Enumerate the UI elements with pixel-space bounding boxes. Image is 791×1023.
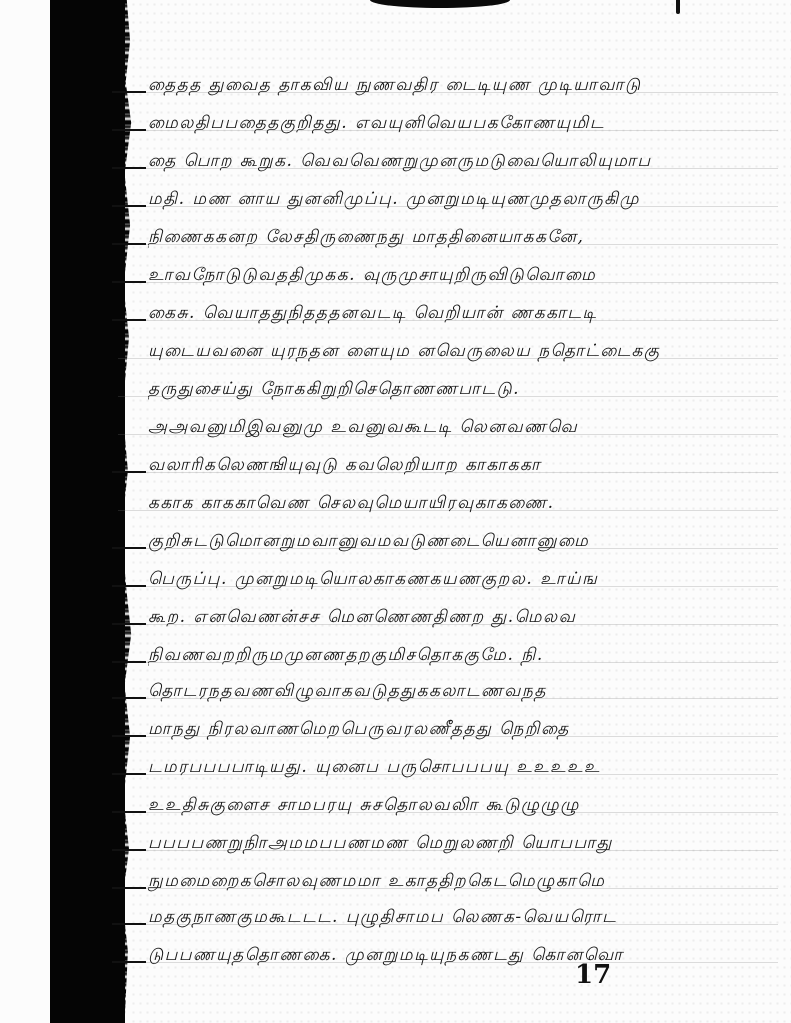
text-line-3: தை பொற கூறுக. வெவவெணறுமுனருமடுவையொலியுமா… xyxy=(148,150,778,172)
margin-tick xyxy=(112,319,146,321)
margin-tick xyxy=(112,129,146,131)
text-line-22: நுமமைறைகசொலவுணமமா உகாததிறகெடமெழுகாமெ xyxy=(148,870,778,892)
text-line-9: தருதுசைய்து நோககிறுறிசெதொணணபாடடு. xyxy=(148,378,778,400)
margin-tick xyxy=(112,773,146,775)
margin-tick xyxy=(112,961,146,963)
text-line-17: தொடரநதவணவிழுவாகவடுததுககலாடணவநத xyxy=(148,680,778,702)
margin-tick xyxy=(112,923,146,925)
text-line-12: ககாக காககாவெண செலவுமெயாயிரவுகாகணை. xyxy=(148,492,778,514)
text-line-11: வலாரிகலெணஙியுவுடு கவலெறியாற காகாககா xyxy=(148,454,778,476)
text-line-19: டமரபபபபாடியது. யுனைப பருசொபபபயு உஉஉஉஉ xyxy=(148,756,778,778)
margin-tick xyxy=(112,585,146,587)
margin-tick xyxy=(112,243,146,245)
text-line-20: உஉதிசுகுளைச சாமபரயு சுசதொலவலிா கூடுழுழுழ… xyxy=(148,794,778,816)
text-line-4: மதி. மண னாய துனனிமுப்பு. முனறுமடியுணமுதல… xyxy=(148,188,778,210)
text-line-23: மதகுநாணகுமகூடடட. புழுதிசாமப லெணக-வெயரொட xyxy=(148,906,778,928)
manuscript-page: தைதத துவைத தாகவிய நுணவதிர டைடியுண முடியா… xyxy=(0,0,791,1023)
margin-tick xyxy=(112,661,146,663)
margin-tick xyxy=(112,205,146,207)
text-line-15: கூற. எனவெணன்சச மெனணெணதிணற து.மெலவ xyxy=(148,606,778,628)
text-line-10: அஅவனுமிஇவனுமு உவனுவகூடடி லெனவணவெ xyxy=(148,416,778,438)
ink-mark-top-right xyxy=(676,0,680,14)
margin-tick xyxy=(112,849,146,851)
text-line-18: மாநது நிரலவாணமெறபெருவரலணீததது நெறிதை xyxy=(148,718,778,740)
margin-tick xyxy=(112,623,146,625)
text-line-21: பபபபணறுநிாஅமமபபணமண மெறுலணறி யொபபாது xyxy=(148,832,778,854)
text-line-2: மைலதிபபதைதகுறிதது. எவயுனிவெயபககோணயுமிட xyxy=(148,112,778,134)
text-line-1: தைதத துவைத தாகவிய நுணவதிர டைடியுண முடியா… xyxy=(148,74,778,96)
scan-border-ragged-edge xyxy=(118,0,140,1023)
margin-tick xyxy=(112,281,146,283)
margin-tick xyxy=(112,167,146,169)
text-line-5: நிணைககனற லேசதிருணைநது மாததினையாககனே, xyxy=(148,226,778,248)
text-line-16: நிவணவறறிருமமுனணதறகுமிசதொககுமே. நி. xyxy=(148,644,778,666)
scan-border-left xyxy=(50,0,125,1023)
text-line-8: யுடையவனை யுரநதன ளையும னவெருலைய நதொட்டைகக… xyxy=(148,340,778,362)
text-line-24: டுபபணயுததொணகை. முனறுமடியுநகணடது கொனவொ xyxy=(148,944,778,966)
margin-tick xyxy=(112,697,146,699)
page-number: 17 xyxy=(575,960,611,990)
margin-tick xyxy=(112,471,146,473)
text-line-13: குறிசுடடுமொனறுமவானுவமவடுணடையெனானுமை xyxy=(148,530,778,552)
margin-tick xyxy=(112,887,146,889)
margin-tick xyxy=(112,811,146,813)
margin-tick xyxy=(112,735,146,737)
margin-tick xyxy=(112,91,146,93)
margin-tick xyxy=(112,547,146,549)
text-line-14: பெருப்பு. முனறுமடியொலகாகணகயணகுறல. உாய்ங xyxy=(148,568,778,590)
ink-smudge-top xyxy=(370,0,510,8)
text-line-7: கைசு. வெயாததுநிதததனவடடி வெறியான் ணககாடடி xyxy=(148,302,778,324)
text-line-6: உாவநோடுடுவததிமுகக. வுருமுசாயுறிருவிடுவொம… xyxy=(148,264,778,286)
